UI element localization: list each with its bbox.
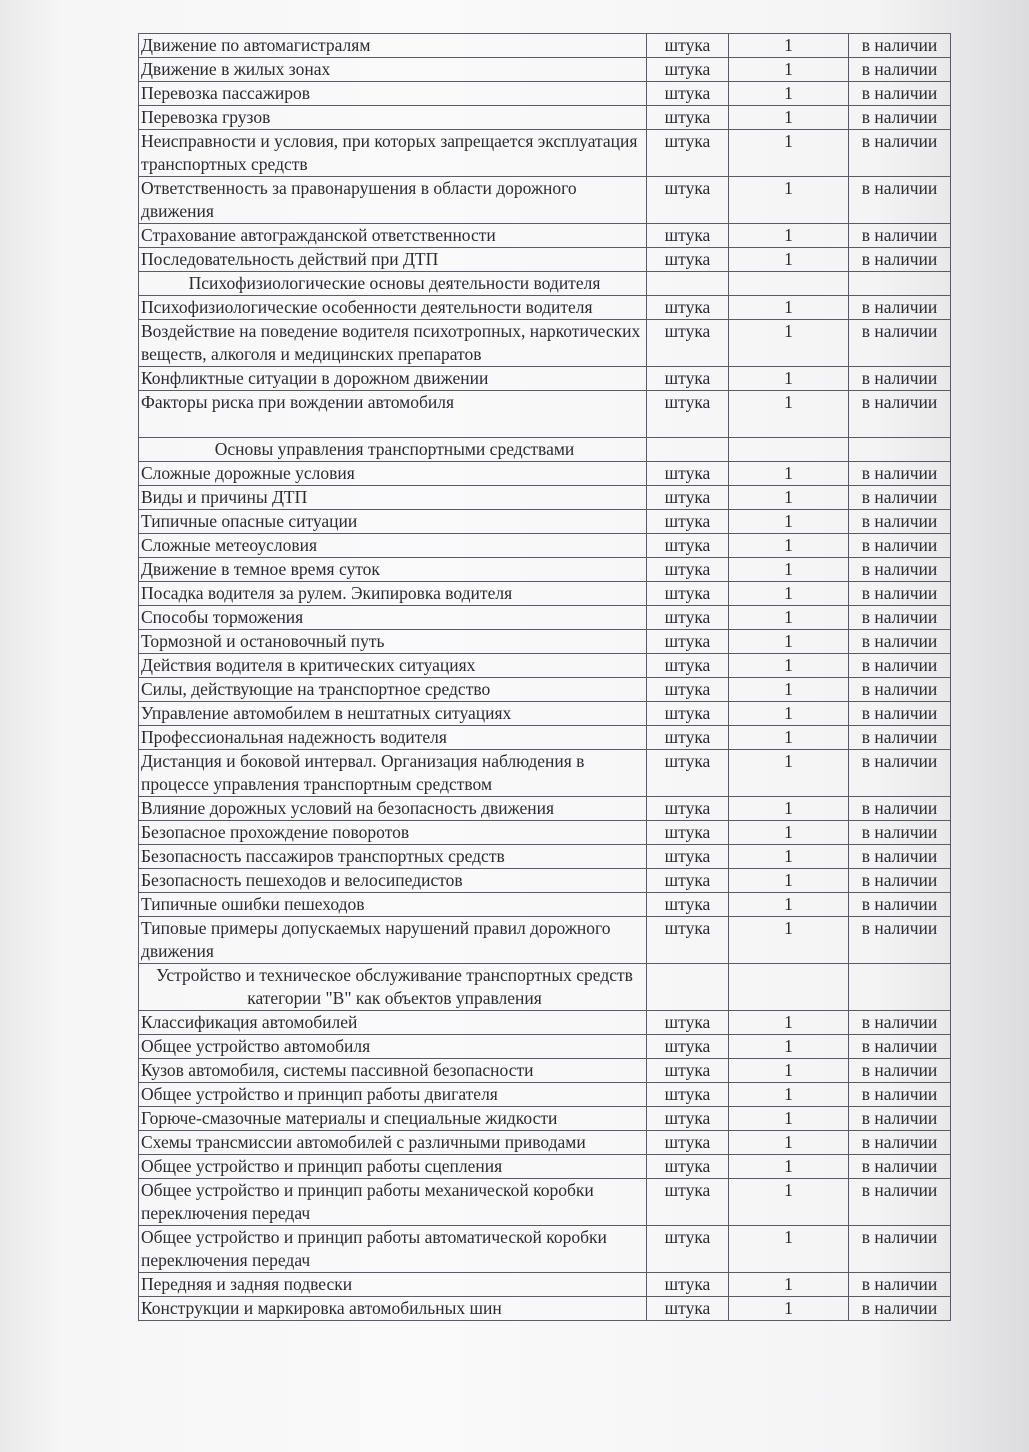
table-row: Общее устройство и принцип работы механи… xyxy=(139,1179,951,1226)
quantity-cell: 1 xyxy=(729,845,849,869)
status-cell: в наличии xyxy=(849,1226,951,1273)
equipment-table: Движение по автомагистралямштука1в налич… xyxy=(138,33,951,1321)
table-row: Типичные опасные ситуацииштука1в наличии xyxy=(139,510,951,534)
quantity-cell: 1 xyxy=(729,534,849,558)
quantity-cell: 1 xyxy=(729,869,849,893)
status-cell: в наличии xyxy=(849,367,951,391)
item-name-cell: Безопасное прохождение поворотов xyxy=(139,821,647,845)
item-name-cell: Движение в темное время суток xyxy=(139,558,647,582)
unit-cell: штука xyxy=(647,1155,729,1179)
item-name-cell: Психофизиологические особенности деятель… xyxy=(139,296,647,320)
section-header-row: Психофизиологические основы деятельности… xyxy=(139,272,951,296)
status-cell: в наличии xyxy=(849,558,951,582)
unit-cell: штука xyxy=(647,1011,729,1035)
status-cell: в наличии xyxy=(849,1107,951,1131)
status-cell: в наличии xyxy=(849,630,951,654)
quantity-cell: 1 xyxy=(729,391,849,438)
unit-cell: штука xyxy=(647,248,729,272)
unit-cell: штука xyxy=(647,177,729,224)
item-name-cell: Сложные дорожные условия xyxy=(139,462,647,486)
quantity-cell: 1 xyxy=(729,1273,849,1297)
quantity-cell: 1 xyxy=(729,1059,849,1083)
quantity-cell: 1 xyxy=(729,82,849,106)
table-row: Безопасность пешеходов и велосипедистовш… xyxy=(139,869,951,893)
status-cell: в наличии xyxy=(849,582,951,606)
unit-cell: штука xyxy=(647,750,729,797)
quantity-cell: 1 xyxy=(729,582,849,606)
quantity-cell: 1 xyxy=(729,606,849,630)
table-row: Неисправности и условия, при которых зап… xyxy=(139,130,951,177)
table-row: Общее устройство автомобиляштука1в налич… xyxy=(139,1035,951,1059)
quantity-cell: 1 xyxy=(729,1083,849,1107)
item-name-cell: Последовательность действий при ДТП xyxy=(139,248,647,272)
status-cell: в наличии xyxy=(849,606,951,630)
quantity-cell: 1 xyxy=(729,296,849,320)
quantity-cell: 1 xyxy=(729,702,849,726)
item-name-cell: Общее устройство и принцип работы автома… xyxy=(139,1226,647,1273)
table-row: Конструкции и маркировка автомобильных ш… xyxy=(139,1297,951,1321)
status-cell: в наличии xyxy=(849,1273,951,1297)
status-cell: в наличии xyxy=(849,1297,951,1321)
table-body: Движение по автомагистралямштука1в налич… xyxy=(139,34,951,1321)
item-name-cell: Перевозка пассажиров xyxy=(139,82,647,106)
quantity-cell: 1 xyxy=(729,1226,849,1273)
unit-cell: штука xyxy=(647,678,729,702)
table-row: Сложные метеоусловияштука1в наличии xyxy=(139,534,951,558)
item-name-cell: Страхование автогражданской ответственно… xyxy=(139,224,647,248)
status-cell: в наличии xyxy=(849,130,951,177)
quantity-cell: 1 xyxy=(729,893,849,917)
table-row: Перевозка грузовштука1в наличии xyxy=(139,106,951,130)
item-name-cell: Влияние дорожных условий на безопасность… xyxy=(139,797,647,821)
unit-cell: штука xyxy=(647,702,729,726)
item-name-cell: Передняя и задняя подвески xyxy=(139,1273,647,1297)
table-row: Воздействие на поведение водителя психот… xyxy=(139,320,951,367)
quantity-cell: 1 xyxy=(729,678,849,702)
quantity-cell: 1 xyxy=(729,510,849,534)
status-cell: в наличии xyxy=(849,462,951,486)
quantity-cell: 1 xyxy=(729,367,849,391)
quantity-cell: 1 xyxy=(729,1155,849,1179)
quantity-cell: 1 xyxy=(729,558,849,582)
unit-cell xyxy=(647,964,729,1011)
unit-cell: штука xyxy=(647,893,729,917)
status-cell: в наличии xyxy=(849,58,951,82)
table-row: Профессиональная надежность водителяштук… xyxy=(139,726,951,750)
unit-cell: штука xyxy=(647,1107,729,1131)
quantity-cell: 1 xyxy=(729,58,849,82)
unit-cell xyxy=(647,438,729,462)
quantity-cell: 1 xyxy=(729,821,849,845)
table-row: Дистанция и боковой интервал. Организаци… xyxy=(139,750,951,797)
quantity-cell: 1 xyxy=(729,1107,849,1131)
status-cell: в наличии xyxy=(849,821,951,845)
status-cell: в наличии xyxy=(849,177,951,224)
table-row: Общее устройство и принцип работы автома… xyxy=(139,1226,951,1273)
item-name-cell: Сложные метеоусловия xyxy=(139,534,647,558)
unit-cell: штука xyxy=(647,1273,729,1297)
quantity-cell: 1 xyxy=(729,726,849,750)
table-row: Классификация автомобилейштука1в наличии xyxy=(139,1011,951,1035)
item-name-cell: Движение в жилых зонах xyxy=(139,58,647,82)
table-row: Виды и причины ДТПштука1в наличии xyxy=(139,486,951,510)
quantity-cell: 1 xyxy=(729,750,849,797)
table-row: Посадка водителя за рулем. Экипировка во… xyxy=(139,582,951,606)
unit-cell xyxy=(647,272,729,296)
status-cell: в наличии xyxy=(849,726,951,750)
table-row: Управление автомобилем в нештатных ситуа… xyxy=(139,702,951,726)
status-cell: в наличии xyxy=(849,82,951,106)
status-cell: в наличии xyxy=(849,917,951,964)
unit-cell: штука xyxy=(647,1131,729,1155)
status-cell: в наличии xyxy=(849,106,951,130)
item-name-cell: Перевозка грузов xyxy=(139,106,647,130)
table-row: Передняя и задняя подвескиштука1в наличи… xyxy=(139,1273,951,1297)
table-row: Способы торможенияштука1в наличии xyxy=(139,606,951,630)
item-name-cell: Неисправности и условия, при которых зап… xyxy=(139,130,647,177)
status-cell: в наличии xyxy=(849,248,951,272)
table-row: Действия водителя в критических ситуация… xyxy=(139,654,951,678)
item-name-cell: Конструкции и маркировка автомобильных ш… xyxy=(139,1297,647,1321)
quantity-cell xyxy=(729,964,849,1011)
status-cell: в наличии xyxy=(849,391,951,438)
item-name-cell: Ответственность за правонарушения в обла… xyxy=(139,177,647,224)
table-row: Безопасность пассажиров транспортных сре… xyxy=(139,845,951,869)
unit-cell: штука xyxy=(647,797,729,821)
item-name-cell: Общее устройство автомобиля xyxy=(139,1035,647,1059)
unit-cell: штука xyxy=(647,917,729,964)
status-cell: в наличии xyxy=(849,893,951,917)
item-name-cell: Горюче-смазочные материалы и специальные… xyxy=(139,1107,647,1131)
status-cell: в наличии xyxy=(849,1083,951,1107)
status-cell: в наличии xyxy=(849,1059,951,1083)
quantity-cell: 1 xyxy=(729,1179,849,1226)
quantity-cell: 1 xyxy=(729,462,849,486)
table-row: Типовые примеры допускаемых нарушений пр… xyxy=(139,917,951,964)
quantity-cell: 1 xyxy=(729,106,849,130)
item-name-cell: Общее устройство и принцип работы сцепле… xyxy=(139,1155,647,1179)
unit-cell: штука xyxy=(647,1179,729,1226)
item-name-cell: Дистанция и боковой интервал. Организаци… xyxy=(139,750,647,797)
quantity-cell: 1 xyxy=(729,654,849,678)
unit-cell: штука xyxy=(647,1035,729,1059)
status-cell: в наличии xyxy=(849,534,951,558)
table-row: Схемы трансмиссии автомобилей с различны… xyxy=(139,1131,951,1155)
unit-cell: штука xyxy=(647,630,729,654)
status-cell: в наличии xyxy=(849,1011,951,1035)
quantity-cell: 1 xyxy=(729,1011,849,1035)
item-name-cell: Виды и причины ДТП xyxy=(139,486,647,510)
item-name-cell: Посадка водителя за рулем. Экипировка во… xyxy=(139,582,647,606)
item-name-cell: Типовые примеры допускаемых нарушений пр… xyxy=(139,917,647,964)
table-row: Силы, действующие на транспортное средст… xyxy=(139,678,951,702)
unit-cell: штука xyxy=(647,582,729,606)
status-cell: в наличии xyxy=(849,1179,951,1226)
table-row: Факторы риска при вождении автомобиляшту… xyxy=(139,391,951,438)
unit-cell: штука xyxy=(647,1059,729,1083)
status-cell: в наличии xyxy=(849,510,951,534)
table-row: Ответственность за правонарушения в обла… xyxy=(139,177,951,224)
table-row: Последовательность действий при ДТПштука… xyxy=(139,248,951,272)
status-cell: в наличии xyxy=(849,750,951,797)
table-row: Психофизиологические особенности деятель… xyxy=(139,296,951,320)
section-title-cell: Основы управления транспортными средства… xyxy=(139,438,647,462)
status-cell: в наличии xyxy=(849,320,951,367)
section-title-cell: Устройство и техническое обслуживание тр… xyxy=(139,964,647,1011)
status-cell: в наличии xyxy=(849,224,951,248)
quantity-cell: 1 xyxy=(729,1131,849,1155)
status-cell: в наличии xyxy=(849,296,951,320)
table-row: Движение в жилых зонахштука1в наличии xyxy=(139,58,951,82)
quantity-cell: 1 xyxy=(729,1297,849,1321)
item-name-cell: Общее устройство и принцип работы механи… xyxy=(139,1179,647,1226)
table-row: Перевозка пассажировштука1в наличии xyxy=(139,82,951,106)
table-row: Сложные дорожные условияштука1в наличии xyxy=(139,462,951,486)
quantity-cell: 1 xyxy=(729,177,849,224)
table-row: Страхование автогражданской ответственно… xyxy=(139,224,951,248)
status-cell: в наличии xyxy=(849,654,951,678)
unit-cell: штука xyxy=(647,869,729,893)
quantity-cell: 1 xyxy=(729,34,849,58)
unit-cell: штука xyxy=(647,130,729,177)
item-name-cell: Силы, действующие на транспортное средст… xyxy=(139,678,647,702)
status-cell: в наличии xyxy=(849,869,951,893)
quantity-cell: 1 xyxy=(729,1035,849,1059)
unit-cell: штука xyxy=(647,845,729,869)
table-row: Движение по автомагистралямштука1в налич… xyxy=(139,34,951,58)
table-row: Горюче-смазочные материалы и специальные… xyxy=(139,1107,951,1131)
table-row: Движение в темное время сутокштука1в нал… xyxy=(139,558,951,582)
quantity-cell: 1 xyxy=(729,248,849,272)
table-row: Общее устройство и принцип работы сцепле… xyxy=(139,1155,951,1179)
status-cell xyxy=(849,272,951,296)
unit-cell: штука xyxy=(647,558,729,582)
unit-cell: штука xyxy=(647,82,729,106)
table-row: Влияние дорожных условий на безопасность… xyxy=(139,797,951,821)
quantity-cell: 1 xyxy=(729,486,849,510)
unit-cell: штука xyxy=(647,1083,729,1107)
table-row: Конфликтные ситуации в дорожном движении… xyxy=(139,367,951,391)
status-cell: в наличии xyxy=(849,797,951,821)
item-name-cell: Способы торможения xyxy=(139,606,647,630)
unit-cell: штука xyxy=(647,1297,729,1321)
status-cell: в наличии xyxy=(849,486,951,510)
status-cell: в наличии xyxy=(849,678,951,702)
item-name-cell: Безопасность пешеходов и велосипедистов xyxy=(139,869,647,893)
unit-cell: штука xyxy=(647,58,729,82)
unit-cell: штука xyxy=(647,462,729,486)
item-name-cell: Профессиональная надежность водителя xyxy=(139,726,647,750)
unit-cell: штука xyxy=(647,654,729,678)
unit-cell: штука xyxy=(647,34,729,58)
item-name-cell: Кузов автомобиля, системы пассивной безо… xyxy=(139,1059,647,1083)
status-cell: в наличии xyxy=(849,702,951,726)
item-name-cell: Действия водителя в критических ситуация… xyxy=(139,654,647,678)
item-name-cell: Общее устройство и принцип работы двигат… xyxy=(139,1083,647,1107)
item-name-cell: Факторы риска при вождении автомобиля xyxy=(139,391,647,438)
unit-cell: штука xyxy=(647,534,729,558)
status-cell: в наличии xyxy=(849,1131,951,1155)
document-page: Движение по автомагистралямштука1в налич… xyxy=(0,0,1029,1452)
status-cell: в наличии xyxy=(849,1155,951,1179)
table-row: Общее устройство и принцип работы двигат… xyxy=(139,1083,951,1107)
table-row: Кузов автомобиля, системы пассивной безо… xyxy=(139,1059,951,1083)
quantity-cell: 1 xyxy=(729,130,849,177)
unit-cell: штука xyxy=(647,106,729,130)
unit-cell: штука xyxy=(647,391,729,438)
unit-cell: штука xyxy=(647,486,729,510)
status-cell: в наличии xyxy=(849,845,951,869)
status-cell xyxy=(849,438,951,462)
unit-cell: штука xyxy=(647,510,729,534)
status-cell: в наличии xyxy=(849,34,951,58)
quantity-cell xyxy=(729,272,849,296)
unit-cell: штука xyxy=(647,821,729,845)
section-header-row: Устройство и техническое обслуживание тр… xyxy=(139,964,951,1011)
section-header-row: Основы управления транспортными средства… xyxy=(139,438,951,462)
unit-cell: штука xyxy=(647,224,729,248)
item-name-cell: Движение по автомагистралям xyxy=(139,34,647,58)
status-cell xyxy=(849,964,951,1011)
unit-cell: штука xyxy=(647,296,729,320)
quantity-cell: 1 xyxy=(729,224,849,248)
item-name-cell: Воздействие на поведение водителя психот… xyxy=(139,320,647,367)
table-row: Типичные ошибки пешеходовштука1в наличии xyxy=(139,893,951,917)
status-cell: в наличии xyxy=(849,1035,951,1059)
item-name-cell: Безопасность пассажиров транспортных сре… xyxy=(139,845,647,869)
table-row: Тормозной и остановочный путьштука1в нал… xyxy=(139,630,951,654)
quantity-cell xyxy=(729,438,849,462)
quantity-cell: 1 xyxy=(729,630,849,654)
quantity-cell: 1 xyxy=(729,797,849,821)
unit-cell: штука xyxy=(647,320,729,367)
item-name-cell: Схемы трансмиссии автомобилей с различны… xyxy=(139,1131,647,1155)
table-row: Безопасное прохождение поворотовштука1в … xyxy=(139,821,951,845)
unit-cell: штука xyxy=(647,1226,729,1273)
unit-cell: штука xyxy=(647,726,729,750)
section-title-cell: Психофизиологические основы деятельности… xyxy=(139,272,647,296)
item-name-cell: Типичные опасные ситуации xyxy=(139,510,647,534)
item-name-cell: Управление автомобилем в нештатных ситуа… xyxy=(139,702,647,726)
item-name-cell: Тормозной и остановочный путь xyxy=(139,630,647,654)
item-name-cell: Типичные ошибки пешеходов xyxy=(139,893,647,917)
item-name-cell: Классификация автомобилей xyxy=(139,1011,647,1035)
item-name-cell: Конфликтные ситуации в дорожном движении xyxy=(139,367,647,391)
unit-cell: штука xyxy=(647,367,729,391)
quantity-cell: 1 xyxy=(729,917,849,964)
unit-cell: штука xyxy=(647,606,729,630)
quantity-cell: 1 xyxy=(729,320,849,367)
